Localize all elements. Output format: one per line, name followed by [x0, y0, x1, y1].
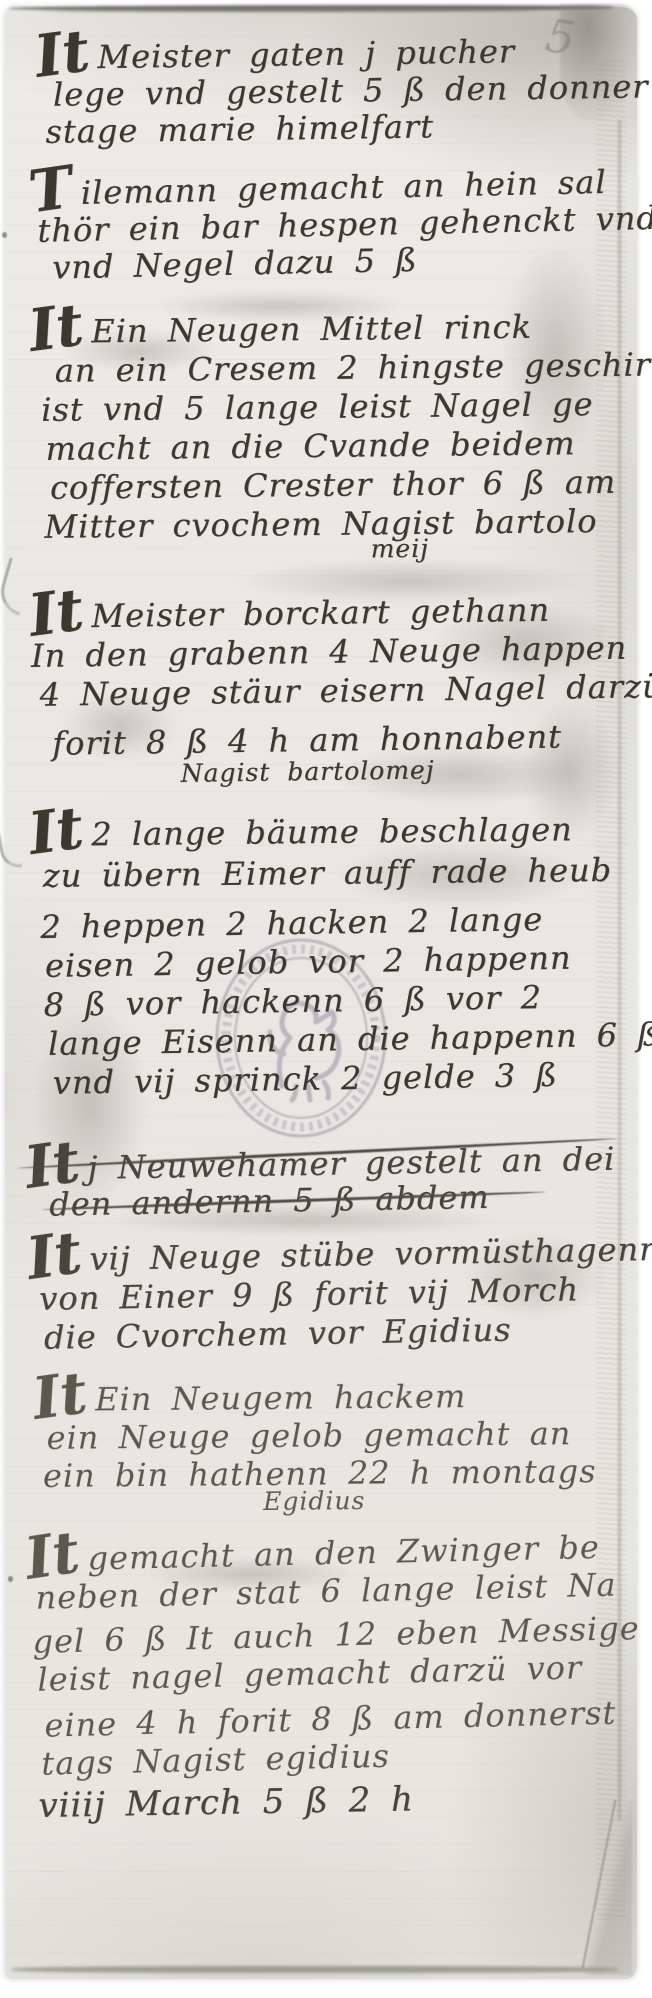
- ink-speck: [8, 1576, 13, 1582]
- line-text: Meister borckart gethann: [91, 591, 550, 635]
- handwritten-line: Nagist bartolomej: [180, 747, 652, 793]
- entry-paragraph-7-cancelled: Itj Neuwehamer gestelt an dei den andern…: [24, 1127, 616, 1223]
- entry-paragraph-3: ItEin Neugen Mittel rinck an ein Cresem …: [28, 293, 652, 572]
- torn-edge-top-highlight: [40, 9, 540, 12]
- initial-glyph: It: [26, 804, 86, 857]
- handwritten-line: macht an die Cvande beidem: [45, 423, 652, 469]
- entry-paragraph-2: Tilemann gemacht an hein sal thör ein ba…: [28, 149, 652, 287]
- line-text: Ein Neugem hackem: [95, 1377, 466, 1418]
- entry-paragraph-9: ItEin Neugem hackem ein Neuge gelob gema…: [32, 1363, 597, 1523]
- entry-paragraph-4: ItMeister borckart gethann In den graben…: [28, 576, 652, 795]
- handwritten-line: an ein Cresem 2 hingste geschire: [55, 345, 652, 390]
- handwritten-line: It2 lange bäume beschlagen: [28, 797, 612, 856]
- handwritten-line: 4 Neuge stäur eisern Nagel darzü: [39, 667, 652, 715]
- initial-glyph: It: [30, 1369, 90, 1422]
- initial-glyph: It: [26, 301, 86, 354]
- fold-shade: [584, 1800, 632, 1975]
- handwritten-line: ItMeister borckart gethann: [28, 576, 652, 637]
- handwritten-line: zu übern Eimer auff rade heub: [43, 850, 613, 897]
- initial-glyph: It: [24, 1229, 84, 1282]
- handwritten-line: ItEin Neugem hackem: [32, 1363, 596, 1419]
- initial-glyph: T: [26, 164, 75, 216]
- initial-glyph: It: [26, 586, 86, 639]
- handwritten-line: viiij March 5 ß 2 h: [38, 1779, 414, 1826]
- initial-glyph: It: [22, 1138, 82, 1191]
- handwritten-line: ItEin Neugen Mittel rinck: [28, 293, 652, 352]
- entry-paragraph-10: Itgemacht an den Zwinger be neben der st…: [24, 1514, 643, 1783]
- deckled-edge-bottom: [12, 1966, 618, 1973]
- line-text: Ein Neugen Mittel rinck: [91, 308, 532, 351]
- handwritten-line: ist vnd 5 lange leist Nagel ge: [41, 384, 652, 430]
- line-text: 2 lange bäume beschlagen: [91, 810, 573, 853]
- handwritten-line: ein Neuge gelob gemacht an: [46, 1414, 596, 1457]
- entry-paragraph-8: Itvij Neuge stübe vormüsthagenn von Eine…: [26, 1217, 652, 1358]
- entry-paragraph-1: ItMeister gaten j pucher lege vnd gestel…: [34, 17, 649, 151]
- entry-paragraph-5: It2 lange bäume beschlagen zu übern Eime…: [28, 797, 612, 897]
- sum-line: viiij March 5 ß 2 h: [38, 1779, 414, 1826]
- handwritten-line: Mitter cvochem Nagist bartolo: [44, 501, 652, 547]
- initial-glyph: It: [32, 27, 92, 80]
- initial-glyph: It: [22, 1529, 82, 1583]
- ink-speck: [2, 232, 7, 238]
- entry-paragraph-6: 2 heppen 2 hacken 2 lange eisen 2 gelob …: [40, 898, 652, 1103]
- handwritten-line: coffersten Crester thor 6 ß am: [50, 462, 652, 508]
